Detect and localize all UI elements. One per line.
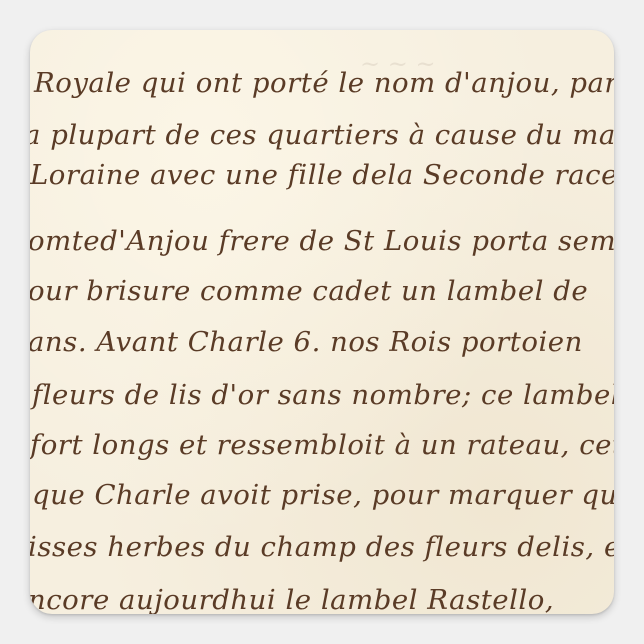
manuscript-line-8: fort longs et ressembloit à un rateau, c… xyxy=(30,430,614,461)
manuscript-line-9: que Charle avoit prise, pour marquer qu xyxy=(32,480,614,511)
manuscript-line-3: Loraine avec une fille dela Seconde race xyxy=(30,160,614,191)
manuscript-line-10: isses herbes du champ des fleurs delis, … xyxy=(30,532,614,563)
manuscript-line-6: ans. Avant Charle 6. nos Rois portoien xyxy=(30,327,583,358)
manuscript-sticker: ~ ~ ~ Royale qui ont porté le nom d'anjo… xyxy=(30,30,614,614)
manuscript-line-7: fleurs de lis d'or sans nombre; ce lambe… xyxy=(32,380,614,411)
manuscript-line-1: Royale qui ont porté le nom d'anjou, par xyxy=(34,68,614,99)
manuscript-line-5: our brisure comme cadet un lambel de xyxy=(30,276,588,307)
manuscript-line-4: omted'Anjou frere de St Louis porta semé xyxy=(30,226,614,257)
manuscript-line-2: a plupart de ces quartiers à cause du ma… xyxy=(30,120,614,151)
manuscript-line-11: ncore aujourdhui le lambel Rastello, xyxy=(30,585,554,614)
